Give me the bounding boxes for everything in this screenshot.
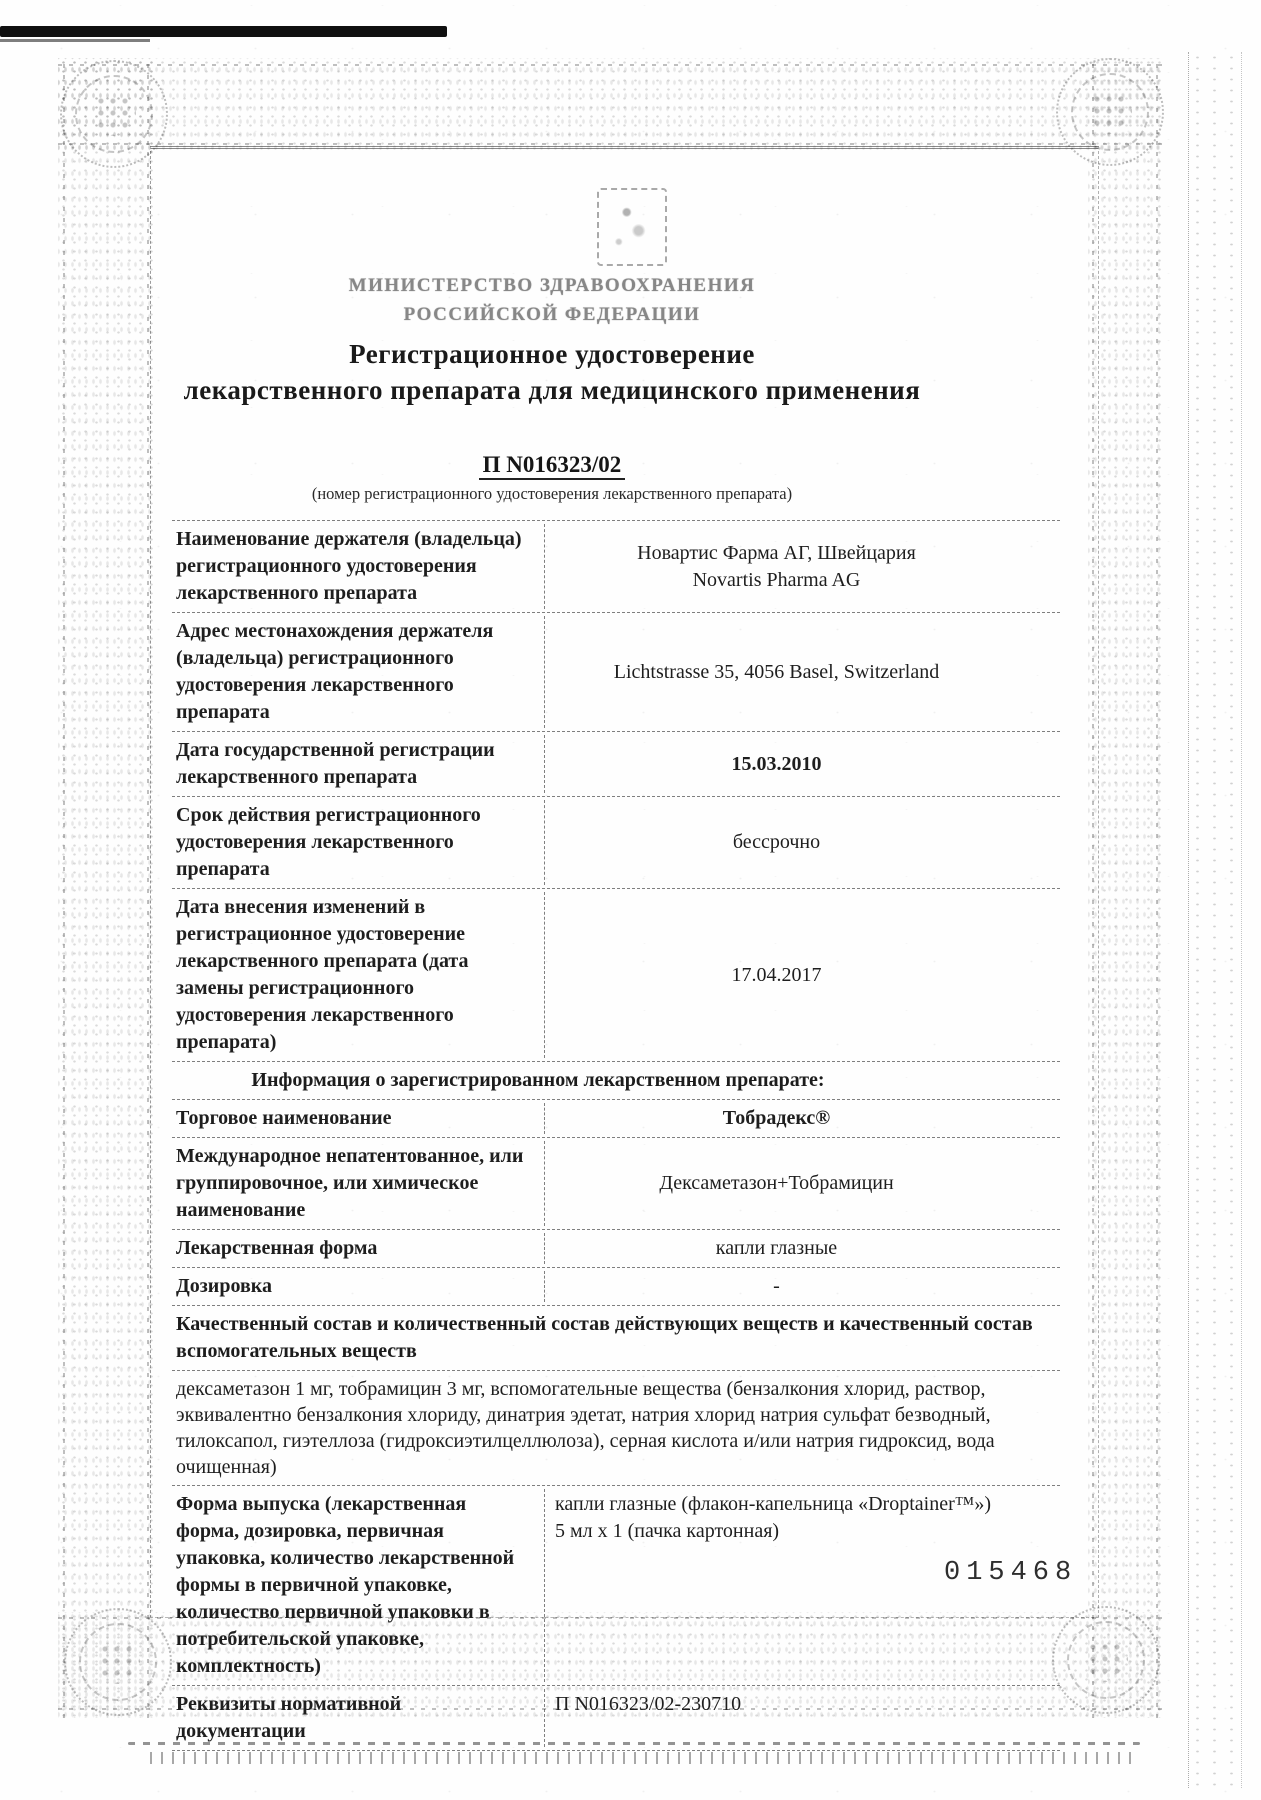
field-value: 15.03.2010 xyxy=(545,735,1060,793)
field-value: бессрочно xyxy=(545,800,1060,885)
composition-text: дексаметазон 1 мг, тобрамицин 3 мг, вспо… xyxy=(172,1370,1060,1485)
field-value: Дексаметазон+Тобрамицин xyxy=(545,1141,1060,1226)
field-row-validity: Срок действия регистрационного удостовер… xyxy=(172,796,1060,888)
field-value: Новартис Фарма АГ, Швейцария Novartis Ph… xyxy=(545,524,1060,609)
field-row-amendment-date: Дата внесения изменений в регистрационно… xyxy=(172,888,1060,1061)
document-title: Регистрационное удостоверение лекарствен… xyxy=(152,336,952,408)
field-label: Адрес местонахождения держателя (владель… xyxy=(172,616,545,728)
field-value: капли глазные xyxy=(545,1233,1060,1264)
field-label: Дата государственной регистрации лекарст… xyxy=(172,735,545,793)
field-value: П N016323/02-230710 xyxy=(545,1689,1060,1747)
field-label: Форма выпуска (лекарственная форма, дози… xyxy=(172,1489,545,1682)
field-row-registration-date: Дата государственной регистрации лекарст… xyxy=(172,731,1060,796)
scan-streak-artifact xyxy=(0,26,447,37)
field-row-dosage-form: Лекарственная форма капли глазные xyxy=(172,1229,1060,1267)
field-row-address: Адрес местонахождения держателя (владель… xyxy=(172,612,1060,731)
scan-bottom-ticks-artifact xyxy=(150,1752,1140,1764)
corner-rosette-ornament xyxy=(1052,1606,1160,1714)
field-label: Срок действия регистрационного удостовер… xyxy=(172,800,545,885)
corner-rosette-ornament xyxy=(64,1608,172,1716)
field-row-holder: Наименование держателя (владельца) регис… xyxy=(172,520,1060,612)
field-row-release-form: Форма выпуска (лекарственная форма, дози… xyxy=(172,1485,1060,1685)
ornate-border-right xyxy=(1088,58,1162,1718)
ministry-name: МИНИСТЕРСТВО ЗДРАВООХРАНЕНИЯ РОССИЙСКОЙ … xyxy=(172,271,932,329)
field-label: Наименование держателя (владельца) регис… xyxy=(172,524,545,609)
scan-edge-noise xyxy=(1188,52,1242,1788)
field-row-inn: Международное непатентованное, или групп… xyxy=(172,1137,1060,1229)
registration-number-text: П N016323/02 xyxy=(479,452,626,480)
field-label: Дозировка xyxy=(172,1271,545,1302)
registration-number: П N016323/02 xyxy=(172,452,932,478)
field-row-dosage: Дозировка - xyxy=(172,1267,1060,1305)
field-value: - xyxy=(545,1271,1060,1302)
field-label: Торговое наименование xyxy=(172,1103,545,1134)
composition-heading: Качественный состав и количественный сос… xyxy=(172,1305,1060,1370)
field-value: Тобрадекс® xyxy=(545,1103,1060,1134)
field-label: Международное непатентованное, или групп… xyxy=(172,1141,545,1226)
field-value: 17.04.2017 xyxy=(545,892,1060,1058)
form-serial-number: 015468 xyxy=(944,1558,1077,1588)
registration-number-caption: (номер регистрационного удостоверения ле… xyxy=(172,484,932,504)
field-label: Дата внесения изменений в регистрационно… xyxy=(172,892,545,1058)
field-row-trade-name: Торговое наименование Тобрадекс® xyxy=(172,1099,1060,1137)
info-section-heading: Информация о зарегистрированном лекарств… xyxy=(172,1061,1060,1099)
coat-of-arms-emblem-icon xyxy=(597,188,667,266)
scanned-registration-certificate: МИНИСТЕРСТВО ЗДРАВООХРАНЕНИЯ РОССИЙСКОЙ … xyxy=(0,0,1261,1800)
ornate-border-top xyxy=(58,58,1162,150)
field-row-normative-docs: Реквизиты нормативной документации П N01… xyxy=(172,1685,1060,1750)
field-value: Lichtstrasse 35, 4056 Basel, Switzerland xyxy=(545,616,1060,728)
field-label: Лекарственная форма xyxy=(172,1233,545,1264)
field-label: Реквизиты нормативной документации xyxy=(172,1689,545,1747)
registration-fields-table: Наименование держателя (владельца) регис… xyxy=(172,520,1060,1751)
ornate-border-left xyxy=(58,58,154,1718)
